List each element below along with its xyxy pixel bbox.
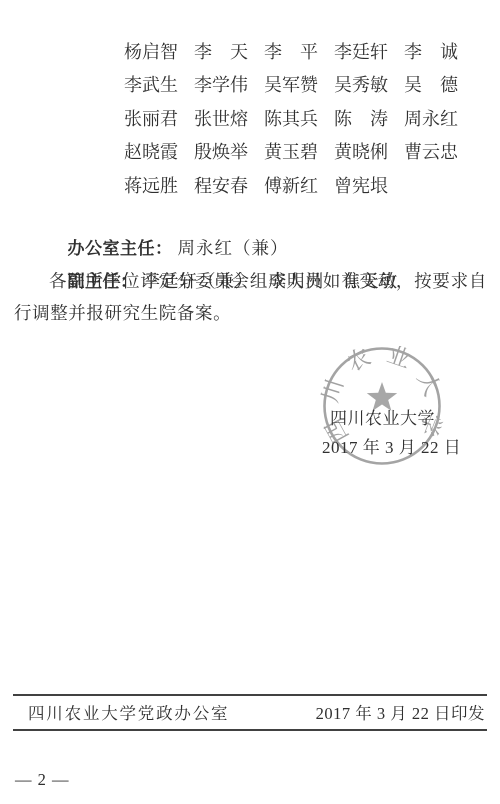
member-name: 李学伟 [194,69,248,102]
member-name: 曹云忠 [404,136,458,169]
member-name: 李武生 [124,69,178,102]
name-row: 赵晓霞 殷焕举 黄玉碧 黄晓俐 曹云忠 [124,136,480,169]
member-name: 吴 德 [404,69,458,102]
signature-date: 2017 年 3 月 22 日 [322,436,461,460]
footer-rule-bottom [13,729,487,731]
name-row: 杨启智 李 天 李 平 李廷轩 李 诚 [124,36,480,69]
member-name: 黄晓俐 [334,136,388,169]
footer-print-date: 2017 年 3 月 22 日印发 [316,700,485,728]
member-name: 张丽君 [124,103,178,136]
member-name: 李廷轩 [334,36,388,69]
footer-rule-top [13,694,487,696]
name-row: 张丽君 张世熔 陈其兵 陈 涛 周永红 [124,103,480,136]
member-name: 吴军赞 [264,69,318,102]
name-row: 李武生 李学伟 吴军赞 吴秀敏 吴 德 [124,69,480,102]
member-name: 张世熔 [194,103,248,136]
member-name: 曾宪垠 [334,170,388,203]
member-name: 杨启智 [124,36,178,69]
document-page: 杨启智 李 天 李 平 李廷轩 李 诚 李武生 李学伟 吴军赞 吴秀敏 吴 德 … [0,0,500,804]
page-number: — 2 — [15,768,70,792]
member-name: 黄玉碧 [264,136,318,169]
member-name: 李 天 [194,36,248,69]
member-name: 陈 涛 [334,103,388,136]
member-name: 吴秀敏 [334,69,388,102]
member-name: 殷焕举 [194,136,248,169]
member-name: 李 诚 [404,36,458,69]
member-name: 李 平 [264,36,318,69]
footer-issuer: 四川农业大学党政办公室 [28,700,229,728]
signature-org: 四川农业大学 [330,407,435,431]
note-paragraph: 各院所学位评定分委员会组成人员如有变动，按要求自行调整并报研究生院备案。 [14,265,487,329]
committee-name-list: 杨启智 李 天 李 平 李廷轩 李 诚 李武生 李学伟 吴军赞 吴秀敏 吴 德 … [124,36,480,203]
member-name: 赵晓霞 [124,136,178,169]
member-name: 周永红 [404,103,458,136]
member-name: 陈其兵 [264,103,318,136]
footer-row: 四川农业大学党政办公室 2017 年 3 月 22 日印发 [13,700,487,728]
